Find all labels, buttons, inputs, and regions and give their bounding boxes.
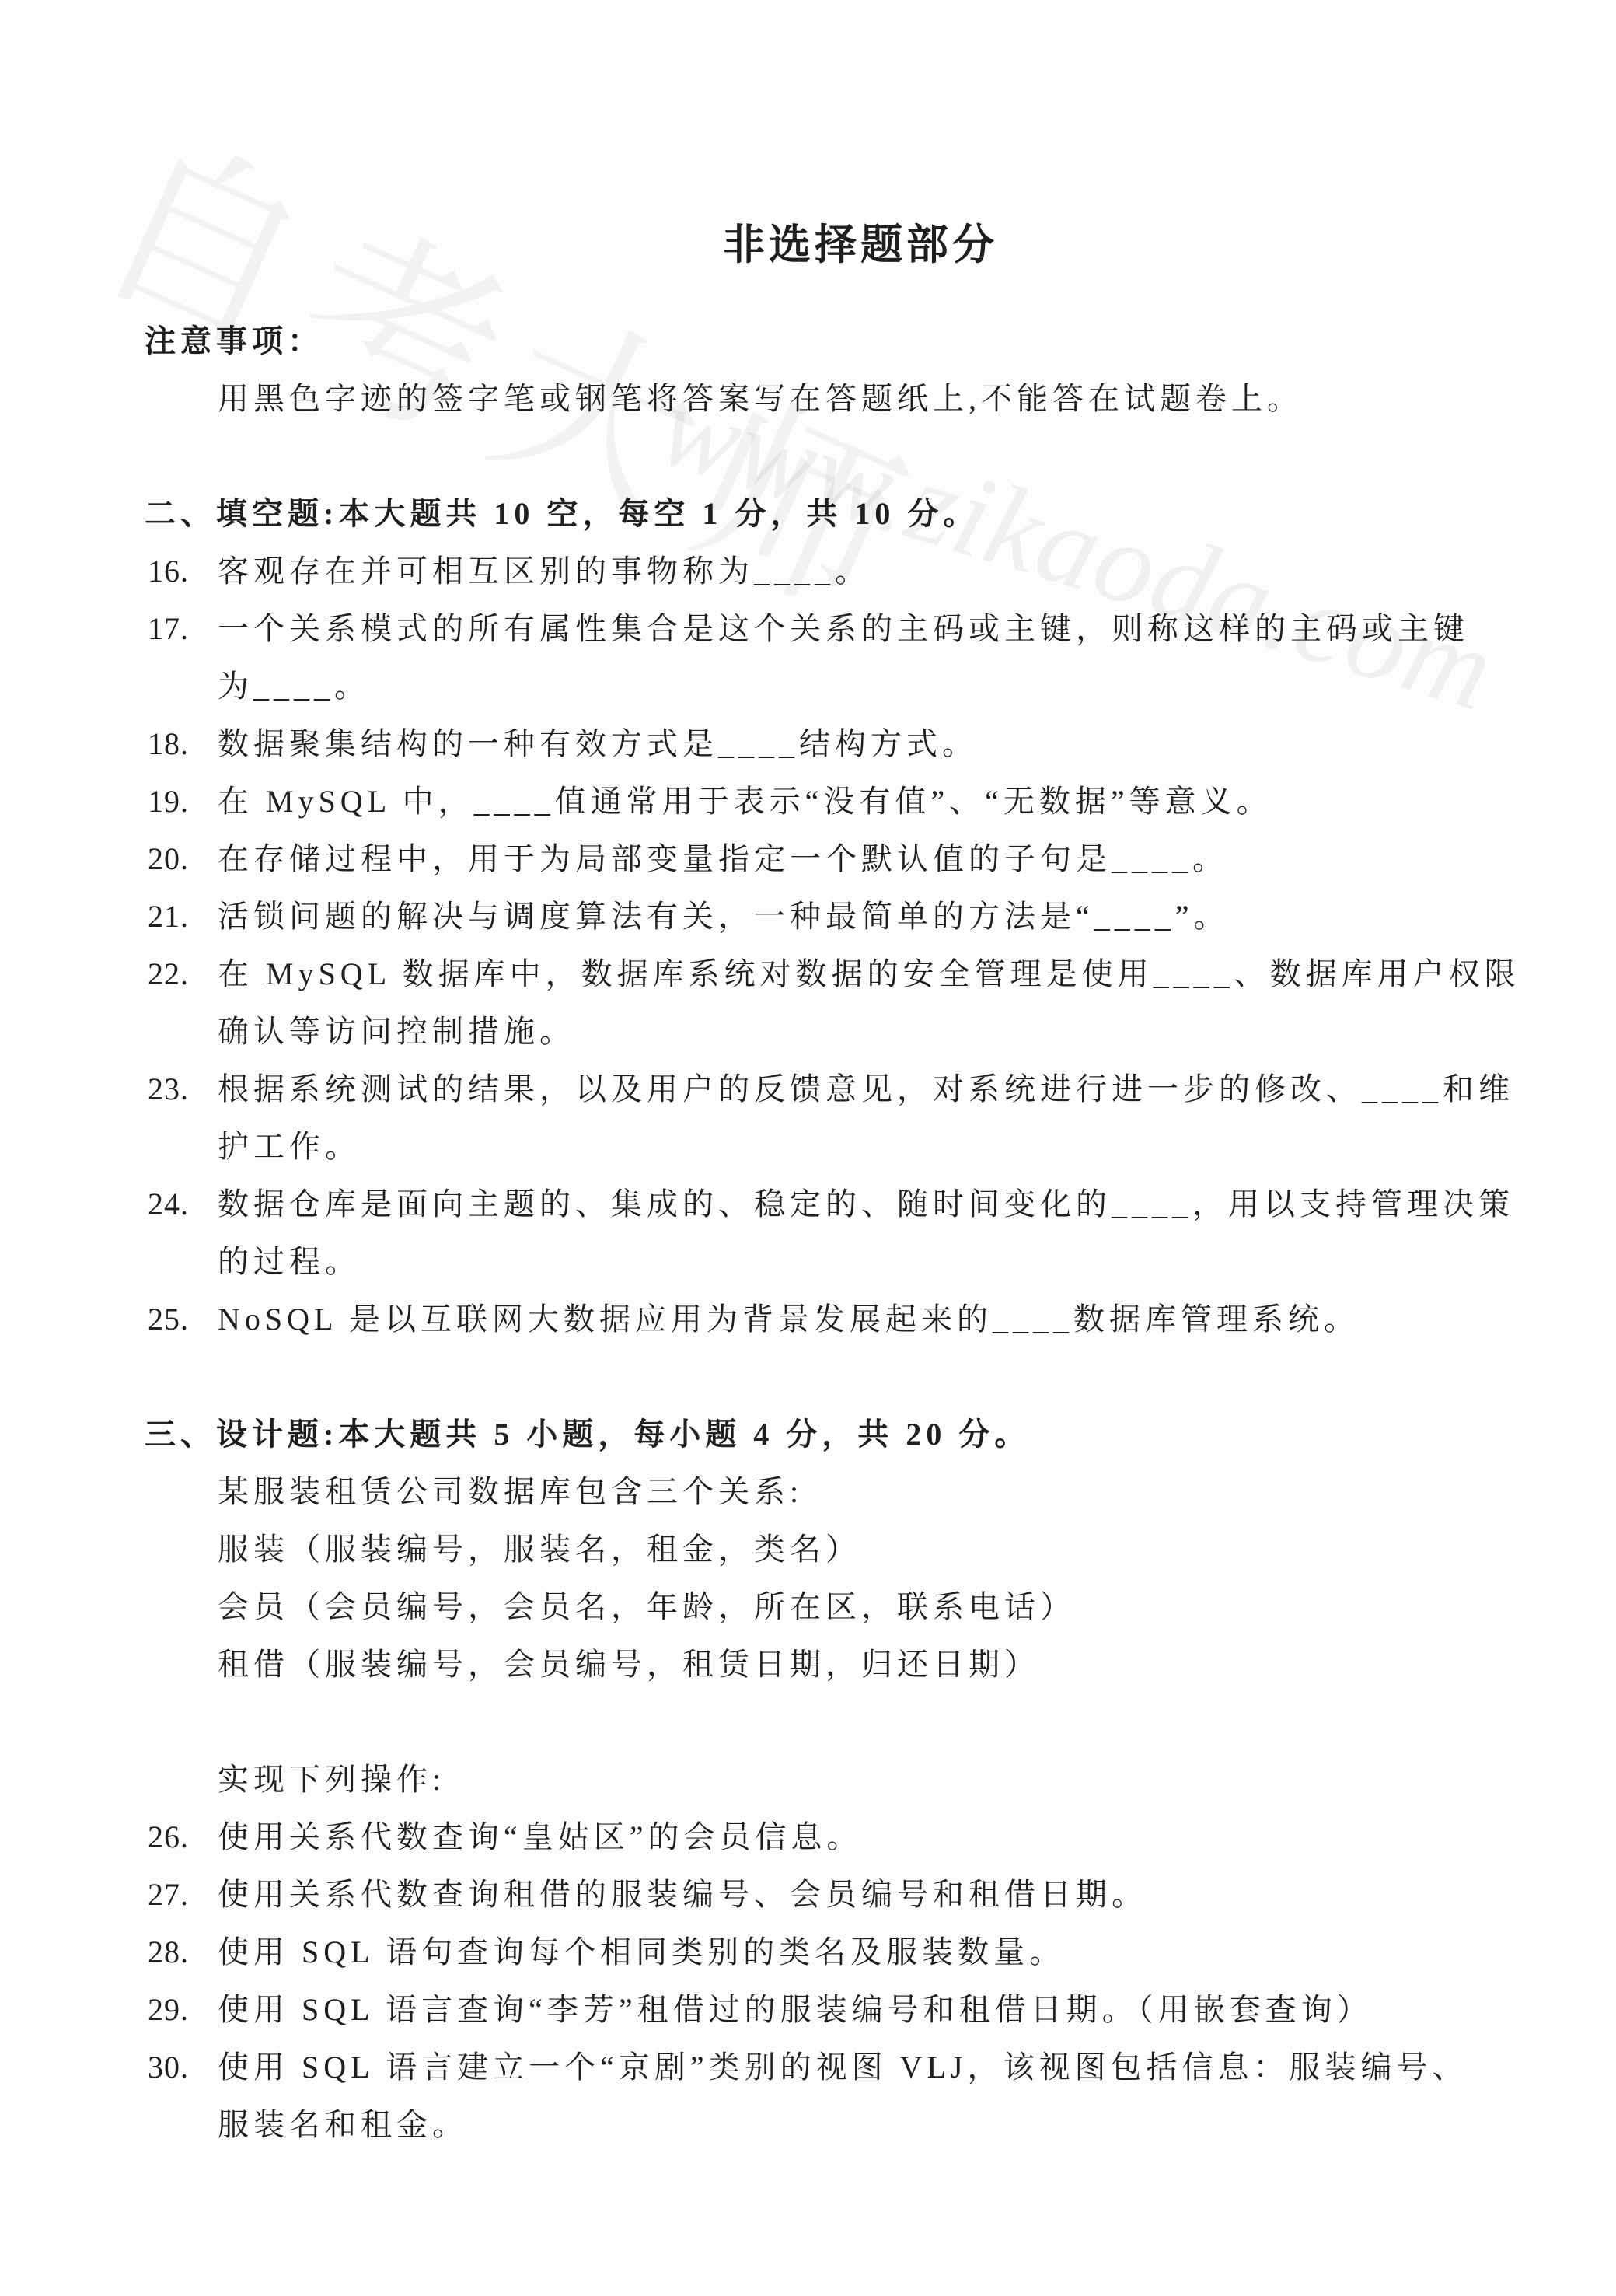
question-line: 30.使用 SQL 语言建立一个“京剧”类别的视图 VLJ，该视图包括信息：服装… <box>0 2046 1616 2103</box>
continuation-line: 租借（服装编号，会员编号，租赁日期，归还日期） <box>0 1643 1616 1700</box>
section-heading: 二、填空题:本大题共 10 空，每空 1 分，共 10 分。 <box>0 492 1616 550</box>
question-line: 23.根据系统测试的结果，以及用户的反馈意见，对系统进行进一步的修改、____和… <box>0 1068 1616 1125</box>
line-text: 数据仓库是面向主题的、集成的、稳定的、随时间变化的____，用以支持管理决策 <box>218 1183 1514 1226</box>
section-heading: 三、设计题:本大题共 5 小题，每小题 4 分，共 20 分。 <box>0 1413 1616 1470</box>
line-text: 会员（会员编号，会员名，年龄，所在区，联系电话） <box>218 1585 1076 1629</box>
question-line: 17.一个关系模式的所有属性集合是这个关系的主码或主键，则称这样的主码或主键 <box>0 607 1616 665</box>
line-text: 一个关系模式的所有属性集合是这个关系的主码或主键，则称这样的主码或主键 <box>218 607 1469 651</box>
question-line: 20.在存储过程中，用于为局部变量指定一个默认值的子句是____。 <box>0 837 1616 895</box>
continuation-line: 的过程。 <box>0 1240 1616 1298</box>
question-number: 27. <box>148 1873 189 1917</box>
exam-page: 自考大师 www.zikaoda.com 非选择题部分 注意事项：用黑色字迹的签… <box>0 0 1616 2296</box>
continuation-line: 实现下列操作: <box>0 1758 1616 1815</box>
continuation-line: 服装（服装编号，服装名，租金，类名） <box>0 1528 1616 1585</box>
question-line: 16.客观存在并可相互区别的事物称为____。 <box>0 550 1616 607</box>
line-text: 二、填空题:本大题共 10 空，每空 1 分，共 10 分。 <box>145 492 979 536</box>
line-text: 确认等访问控制措施。 <box>218 1010 575 1054</box>
continuation-line: 会员（会员编号，会员名，年龄，所在区，联系电话） <box>0 1585 1616 1643</box>
line-text: 使用关系代数查询“皇姑区”的会员信息。 <box>218 1815 863 1859</box>
question-number: 21. <box>148 895 189 938</box>
continuation-line: 为____。 <box>0 665 1616 722</box>
question-line: 19.在 MySQL 中，____值通常用于表示“没有值”、“无数据”等意义。 <box>0 780 1616 837</box>
line-text: 的过程。 <box>218 1240 361 1284</box>
question-number: 22. <box>148 952 189 996</box>
question-line: 28.使用 SQL 语句查询每个相同类别的类名及服装数量。 <box>0 1931 1616 1988</box>
line-text: 实现下列操作: <box>218 1758 445 1802</box>
question-line: 27.使用关系代数查询租借的服装编号、会员编号和租借日期。 <box>0 1873 1616 1931</box>
line-text: 使用 SQL 语言建立一个“京剧”类别的视图 VLJ，该视图包括信息：服装编号、 <box>218 2046 1468 2089</box>
line-text: 某服装租赁公司数据库包含三个关系: <box>218 1470 803 1514</box>
question-number: 17. <box>148 607 189 651</box>
page-title: 非选择题部分 <box>723 211 998 271</box>
question-number: 23. <box>148 1068 189 1111</box>
question-number: 20. <box>148 837 189 881</box>
line-text: 用黑色字迹的签字笔或钢笔将答案写在答题纸上,不能答在试题卷上。 <box>218 377 1303 421</box>
question-number: 25. <box>148 1298 189 1341</box>
question-number: 24. <box>148 1183 189 1226</box>
question-line: 18.数据聚集结构的一种有效方式是____结构方式。 <box>0 722 1616 780</box>
question-line: 29.使用 SQL 语言查询“李芳”租借过的服装编号和租借日期。（用嵌套查询） <box>0 1988 1616 2046</box>
line-text: 三、设计题:本大题共 5 小题，每小题 4 分，共 20 分。 <box>145 1413 1030 1456</box>
question-line: 25.NoSQL 是以互联网大数据应用为背景发展起来的____数据库管理系统。 <box>0 1298 1616 1355</box>
line-text: 在 MySQL 数据库中，数据库系统对数据的安全管理是使用____、数据库用户权… <box>218 952 1520 996</box>
question-line: 22.在 MySQL 数据库中，数据库系统对数据的安全管理是使用____、数据库… <box>0 952 1616 1010</box>
continuation-line: 确认等访问控制措施。 <box>0 1010 1616 1068</box>
line-text: 数据聚集结构的一种有效方式是____结构方式。 <box>218 722 978 766</box>
question-line: 21.活锁问题的解决与调度算法有关，一种最简单的方法是“____”。 <box>0 895 1616 952</box>
line-text: NoSQL 是以互联网大数据应用为背景发展起来的____数据库管理系统。 <box>218 1298 1359 1341</box>
line-text: 使用 SQL 语言查询“李芳”租借过的服装编号和租借日期。（用嵌套查询） <box>218 1988 1373 2032</box>
continuation-line: 某服装租赁公司数据库包含三个关系: <box>0 1470 1616 1528</box>
line-text: 护工作。 <box>218 1125 361 1169</box>
line-text: 在存储过程中，用于为局部变量指定一个默认值的子句是____。 <box>218 837 1228 881</box>
line-text: 客观存在并可相互区别的事物称为____。 <box>218 550 871 593</box>
question-number: 28. <box>148 1931 189 1974</box>
line-text: 为____。 <box>218 665 370 708</box>
question-number: 29. <box>148 1988 189 2032</box>
continuation-line: 用黑色字迹的签字笔或钢笔将答案写在答题纸上,不能答在试题卷上。 <box>0 377 1616 435</box>
line-text: 根据系统测试的结果，以及用户的反馈意见，对系统进行进一步的修改、____和维 <box>218 1068 1514 1111</box>
question-number: 19. <box>148 780 189 823</box>
question-number: 16. <box>148 550 189 593</box>
line-text: 使用 SQL 语句查询每个相同类别的类名及服装数量。 <box>218 1931 1065 1974</box>
question-line: 24.数据仓库是面向主题的、集成的、稳定的、随时间变化的____，用以支持管理决… <box>0 1183 1616 1240</box>
line-text: 在 MySQL 中，____值通常用于表示“没有值”、“无数据”等意义。 <box>218 780 1272 823</box>
continuation-line: 护工作。 <box>0 1125 1616 1183</box>
section-heading: 注意事项： <box>0 320 1616 377</box>
question-number: 26. <box>148 1815 189 1859</box>
line-text: 注意事项： <box>145 320 323 363</box>
line-text: 活锁问题的解决与调度算法有关，一种最简单的方法是“____”。 <box>218 895 1230 938</box>
question-number: 30. <box>148 2046 189 2089</box>
line-text: 租借（服装编号，会员编号，租赁日期，归还日期） <box>218 1643 1040 1686</box>
question-line: 26.使用关系代数查询“皇姑区”的会员信息。 <box>0 1815 1616 1873</box>
line-text: 使用关系代数查询租借的服装编号、会员编号和租借日期。 <box>218 1873 1147 1917</box>
continuation-line: 服装名和租金。 <box>0 2103 1616 2161</box>
line-text: 服装名和租金。 <box>218 2103 468 2147</box>
question-number: 18. <box>148 722 189 766</box>
line-text: 服装（服装编号，服装名，租金，类名） <box>218 1528 861 1571</box>
